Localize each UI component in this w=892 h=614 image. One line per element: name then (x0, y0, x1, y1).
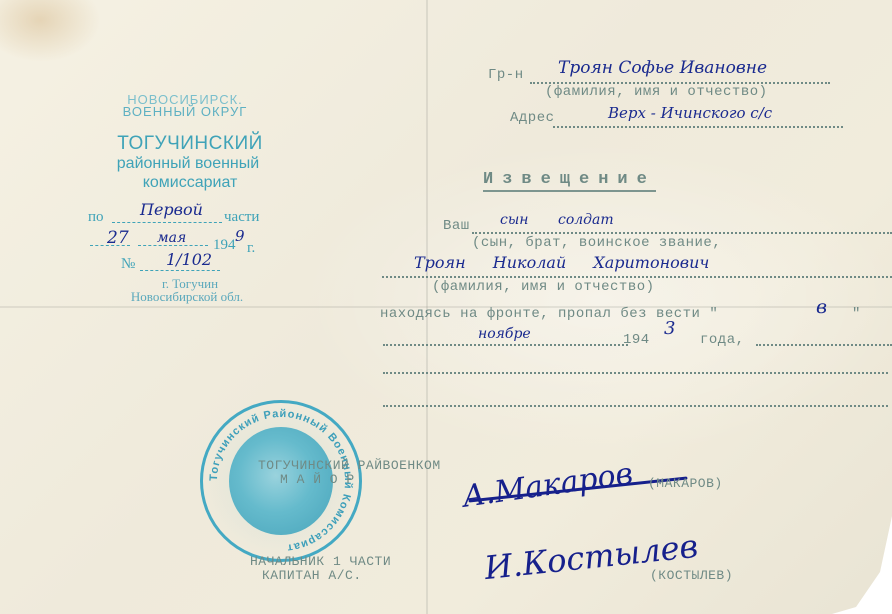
number-label: № (121, 256, 135, 273)
chief-title-2: КАПИТАН А/С. (262, 568, 362, 583)
year-trailing-line (756, 344, 892, 346)
part-line (112, 222, 222, 223)
address-label: Адрес (510, 110, 555, 126)
stamp-line-2: ВОЕННЫЙ ОКРУГ (95, 104, 275, 119)
recipient-name: Троян Софье Ивановне (558, 58, 767, 78)
recipient-caption: (фамилия, имя и отчество) (545, 84, 768, 100)
commissar-title-1: ТОГУЧИНСКИЙ РАЙВОЕНКОМ (258, 458, 441, 473)
stamp-line-4: районный военный (88, 155, 288, 173)
address-value: Верх - Ичинского с/с (608, 104, 772, 122)
missing-month: ноябре (478, 326, 531, 342)
blank-line-2 (383, 405, 888, 407)
document-title: Извещение (483, 170, 656, 192)
blank-line-1 (383, 372, 888, 374)
stamp-year-prefix: 194 (213, 237, 236, 254)
soldier-caption: (фамилия, имя и отчество) (432, 279, 655, 295)
stamp-year-suffix: 9 (235, 227, 245, 245)
number-line (140, 270, 220, 271)
number-value: 1/102 (166, 250, 212, 269)
relation-value: сын (500, 212, 528, 228)
stamp-month: мая (157, 230, 186, 246)
month-line (383, 344, 628, 346)
relation-line (472, 232, 892, 234)
po-label: по (88, 209, 104, 226)
soldier-line (382, 276, 892, 278)
part-value: Первой (140, 200, 203, 219)
missing-year-prefix: 194 (623, 332, 650, 348)
chief-title-1: НАЧАЛЬНИК 1 ЧАСТИ (250, 554, 391, 569)
chief-name: (КОСТЫЛЕВ) (650, 568, 733, 583)
stamp-line-5: комиссариат (95, 174, 285, 192)
relation-caption: (сын, брат, воинское звание, (472, 235, 721, 251)
stamp-region: Новосибирской обл. (102, 289, 272, 305)
missing-year-suffix: 3 (664, 318, 675, 339)
commissar-name: (МАКАРОВ) (648, 476, 723, 491)
soldier-name: Троян Николай Харитонович (414, 253, 709, 272)
stamp-year-label: г. (247, 240, 255, 257)
rank-value: солдат (558, 212, 614, 228)
missing-day: в (816, 296, 827, 318)
relation-label: Ваш (443, 218, 470, 234)
quote-close: " (852, 306, 861, 322)
part-label: части (224, 209, 259, 226)
commissar-title-2: М А Й О Р (280, 472, 355, 487)
address-line (553, 126, 843, 128)
year-label: года, (700, 332, 745, 348)
recipient-label: Гр-н (488, 67, 524, 83)
stamp-day: 27 (107, 228, 129, 248)
stamp-line-3: ТОГУЧИНСКИЙ (95, 133, 285, 155)
